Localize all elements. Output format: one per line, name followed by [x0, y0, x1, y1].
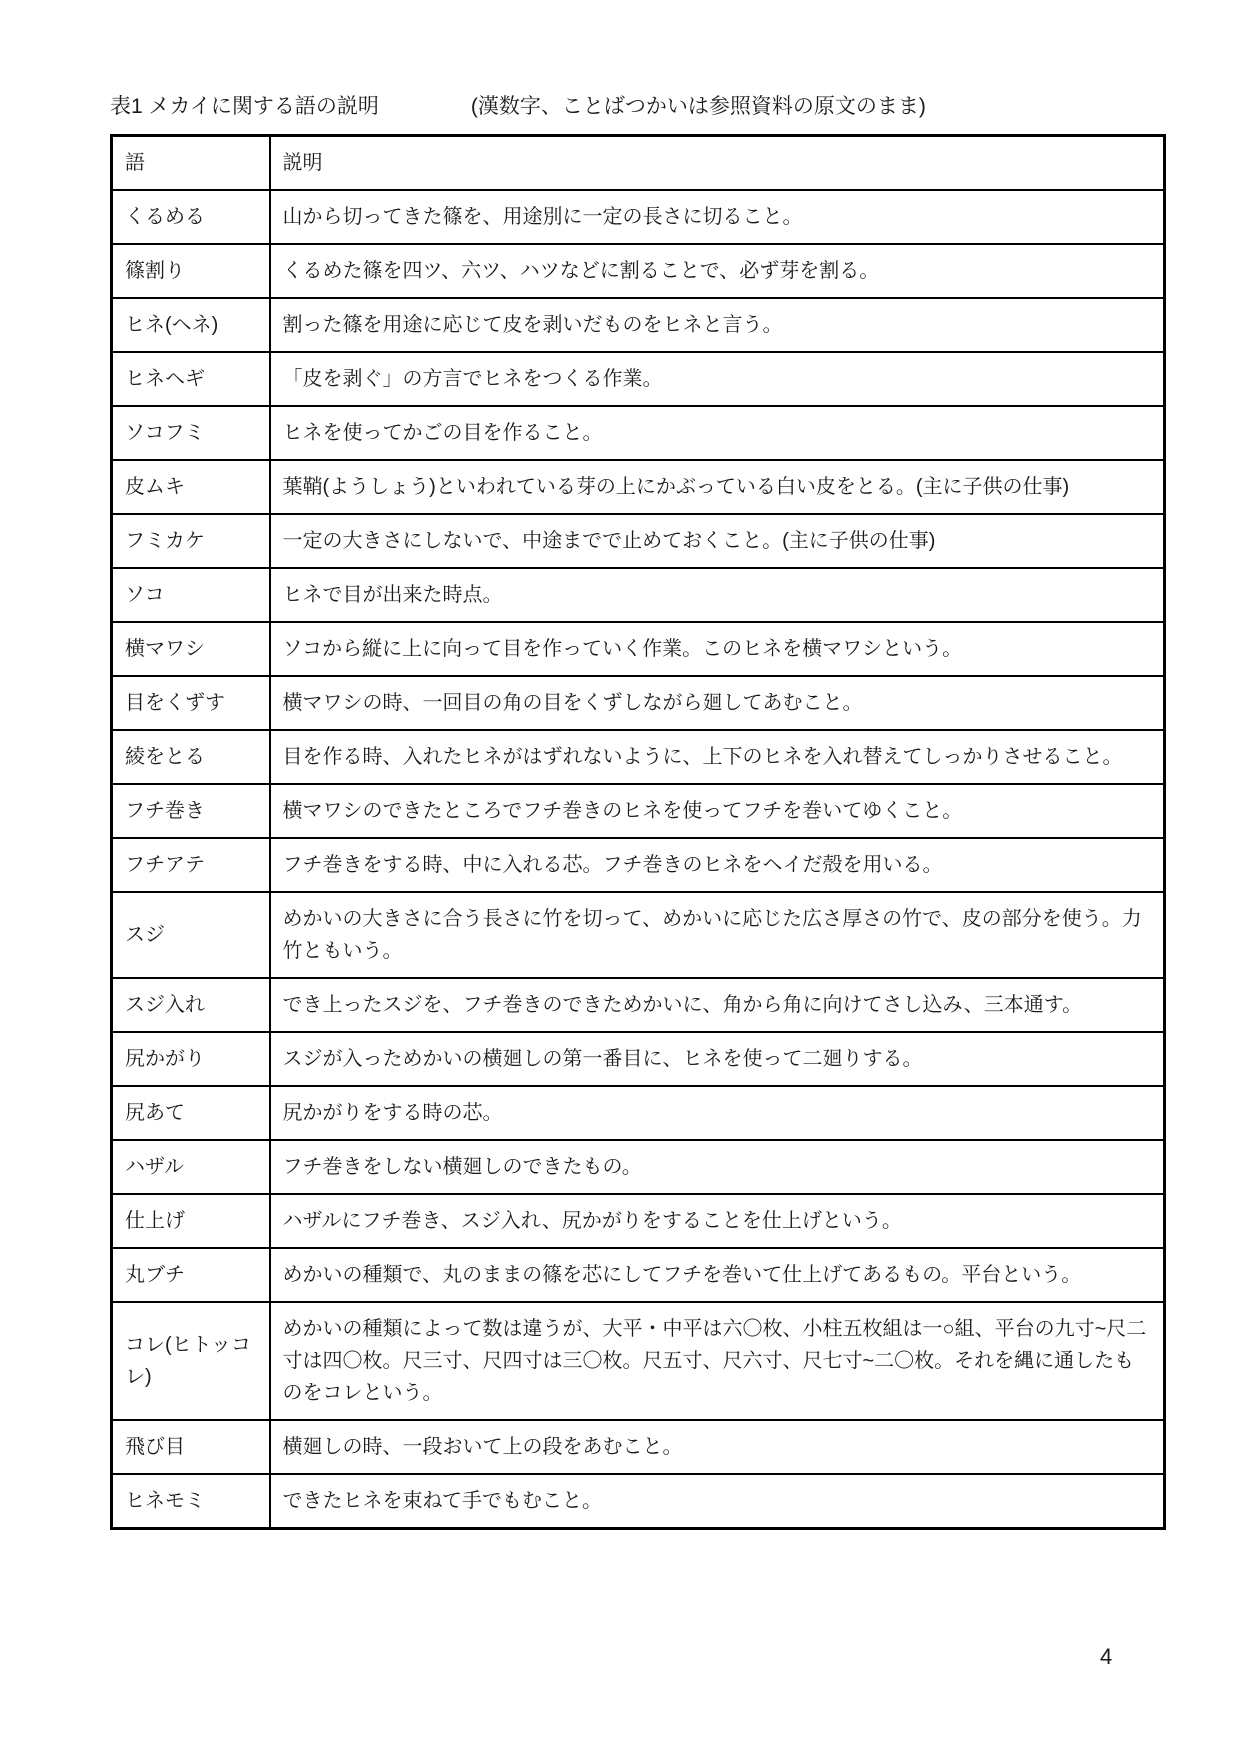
- table-row: フチ巻き横マワシのできたところでフチ巻きのヒネを使ってフチを巻いてゆくこと。: [112, 784, 1165, 838]
- table-row: 仕上げハザルにフチ巻き、スジ入れ、尻かがりをすることを仕上げという。: [112, 1194, 1165, 1248]
- header-row: 語 説明: [112, 136, 1165, 191]
- table-row: 篠割りくるめた篠を四ツ、六ツ、ハツなどに割ることで、必ず芽を割る。: [112, 244, 1165, 298]
- description-cell: フチ巻きをする時、中に入れる芯。フチ巻きのヒネをヘイだ殻を用いる。: [270, 838, 1165, 892]
- term-cell: 皮ムキ: [112, 460, 270, 514]
- table-row: ヒネヘギ「皮を剥ぐ」の方言でヒネをつくる作業。: [112, 352, 1165, 406]
- table-row: 横マワシソコから縦に上に向って目を作っていく作業。このヒネを横マワシという。: [112, 622, 1165, 676]
- term-cell: ソコフミ: [112, 406, 270, 460]
- table-row: ソコフミヒネを使ってかごの目を作ること。: [112, 406, 1165, 460]
- term-cell: 尻かがり: [112, 1032, 270, 1086]
- table-row: フミカケ一定の大きさにしないで、中途までで止めておくこと。(主に子供の仕事): [112, 514, 1165, 568]
- description-cell: めかいの種類によって数は違うが、大平・中平は六〇枚、小柱五枚組は一○組、平台の九…: [270, 1302, 1165, 1420]
- term-cell: くるめる: [112, 190, 270, 244]
- table-row: 皮ムキ葉鞘(ようしょう)といわれている芽の上にかぶっている白い皮をとる。(主に子…: [112, 460, 1165, 514]
- page-number: 4: [1100, 1644, 1112, 1670]
- description-cell: フチ巻きをしない横廻しのできたもの。: [270, 1140, 1165, 1194]
- description-cell: 一定の大きさにしないで、中途までで止めておくこと。(主に子供の仕事): [270, 514, 1165, 568]
- table-row: ヒネ(ヘネ)割った篠を用途に応じて皮を剥いだものをヒネと言う。: [112, 298, 1165, 352]
- description-cell: ヒネを使ってかごの目を作ること。: [270, 406, 1165, 460]
- table-row: コレ(ヒトッコレ)めかいの種類によって数は違うが、大平・中平は六〇枚、小柱五枚組…: [112, 1302, 1165, 1420]
- term-cell: 飛び目: [112, 1420, 270, 1474]
- table-row: くるめる山から切ってきた篠を、用途別に一定の長さに切ること。: [112, 190, 1165, 244]
- description-cell: 尻かがりをする時の芯。: [270, 1086, 1165, 1140]
- description-cell: ソコから縦に上に向って目を作っていく作業。このヒネを横マワシという。: [270, 622, 1165, 676]
- table-row: ヒネモミできたヒネを束ねて手でもむこと。: [112, 1474, 1165, 1529]
- table-row: ハザルフチ巻きをしない横廻しのできたもの。: [112, 1140, 1165, 1194]
- table-row: フチアテフチ巻きをする時、中に入れる芯。フチ巻きのヒネをヘイだ殻を用いる。: [112, 838, 1165, 892]
- description-cell: でき上ったスジを、フチ巻きのできためかいに、角から角に向けてさし込み、三本通す。: [270, 978, 1165, 1032]
- description-cell: 葉鞘(ようしょう)といわれている芽の上にかぶっている白い皮をとる。(主に子供の仕…: [270, 460, 1165, 514]
- description-cell: 横廻しの時、一段おいて上の段をあむこと。: [270, 1420, 1165, 1474]
- terms-table: 語 説明 くるめる山から切ってきた篠を、用途別に一定の長さに切ること。篠割りくる…: [110, 134, 1166, 1530]
- term-cell: 篠割り: [112, 244, 270, 298]
- term-cell: フチアテ: [112, 838, 270, 892]
- description-cell: くるめた篠を四ツ、六ツ、ハツなどに割ることで、必ず芽を割る。: [270, 244, 1165, 298]
- table-row: 尻あて尻かがりをする時の芯。: [112, 1086, 1165, 1140]
- description-cell: 横マワシの時、一回目の角の目をくずしながら廻してあむこと。: [270, 676, 1165, 730]
- term-cell: ハザル: [112, 1140, 270, 1194]
- term-cell: ソコ: [112, 568, 270, 622]
- term-cell: ヒネ(ヘネ): [112, 298, 270, 352]
- term-cell: コレ(ヒトッコレ): [112, 1302, 270, 1420]
- term-cell: 綾をとる: [112, 730, 270, 784]
- table-title: 表1 メカイに関する語の説明: [110, 95, 379, 118]
- term-cell: フミカケ: [112, 514, 270, 568]
- term-cell: 目をくずす: [112, 676, 270, 730]
- description-cell: ハザルにフチ巻き、スジ入れ、尻かがりをすることを仕上げという。: [270, 1194, 1165, 1248]
- table-row: 目をくずす横マワシの時、一回目の角の目をくずしながら廻してあむこと。: [112, 676, 1165, 730]
- description-cell: スジが入っためかいの横廻しの第一番目に、ヒネを使って二廻りする。: [270, 1032, 1165, 1086]
- table-row: ソコヒネで目が出来た時点。: [112, 568, 1165, 622]
- term-column-header: 語: [112, 136, 270, 191]
- term-cell: 尻あて: [112, 1086, 270, 1140]
- term-cell: 横マワシ: [112, 622, 270, 676]
- description-cell: 横マワシのできたところでフチ巻きのヒネを使ってフチを巻いてゆくこと。: [270, 784, 1165, 838]
- description-cell: 山から切ってきた篠を、用途別に一定の長さに切ること。: [270, 190, 1165, 244]
- term-cell: ヒネモミ: [112, 1474, 270, 1529]
- description-cell: めかいの種類で、丸のままの篠を芯にしてフチを巻いて仕上げてあるもの。平台という。: [270, 1248, 1165, 1302]
- description-cell: できたヒネを束ねて手でもむこと。: [270, 1474, 1165, 1529]
- term-cell: スジ: [112, 892, 270, 978]
- table-row: スジめかいの大きさに合う長さに竹を切って、めかいに応じた広さ厚さの竹で、皮の部分…: [112, 892, 1165, 978]
- table-row: 綾をとる目を作る時、入れたヒネがはずれないように、上下のヒネを入れ替えてしっかり…: [112, 730, 1165, 784]
- term-cell: ヒネヘギ: [112, 352, 270, 406]
- table-row: 飛び目横廻しの時、一段おいて上の段をあむこと。: [112, 1420, 1165, 1474]
- document-page: 表1 メカイに関する語の説明(漢数字、ことばつかいは参照資料の原文のまま) 語 …: [0, 0, 1242, 1755]
- table-row: 尻かがりスジが入っためかいの横廻しの第一番目に、ヒネを使って二廻りする。: [112, 1032, 1165, 1086]
- description-column-header: 説明: [270, 136, 1165, 191]
- table-row: 丸ブチめかいの種類で、丸のままの篠を芯にしてフチを巻いて仕上げてあるもの。平台と…: [112, 1248, 1165, 1302]
- term-cell: スジ入れ: [112, 978, 270, 1032]
- description-cell: 「皮を剥ぐ」の方言でヒネをつくる作業。: [270, 352, 1165, 406]
- term-cell: 仕上げ: [112, 1194, 270, 1248]
- table-caption: 表1 メカイに関する語の説明(漢数字、ことばつかいは参照資料の原文のまま): [110, 94, 1166, 120]
- description-cell: 目を作る時、入れたヒネがはずれないように、上下のヒネを入れ替えてしっかりさせるこ…: [270, 730, 1165, 784]
- table-row: スジ入れでき上ったスジを、フチ巻きのできためかいに、角から角に向けてさし込み、三…: [112, 978, 1165, 1032]
- term-cell: 丸ブチ: [112, 1248, 270, 1302]
- description-cell: めかいの大きさに合う長さに竹を切って、めかいに応じた広さ厚さの竹で、皮の部分を使…: [270, 892, 1165, 978]
- description-cell: 割った篠を用途に応じて皮を剥いだものをヒネと言う。: [270, 298, 1165, 352]
- term-cell: フチ巻き: [112, 784, 270, 838]
- table-title-note: (漢数字、ことばつかいは参照資料の原文のまま): [471, 95, 926, 118]
- description-cell: ヒネで目が出来た時点。: [270, 568, 1165, 622]
